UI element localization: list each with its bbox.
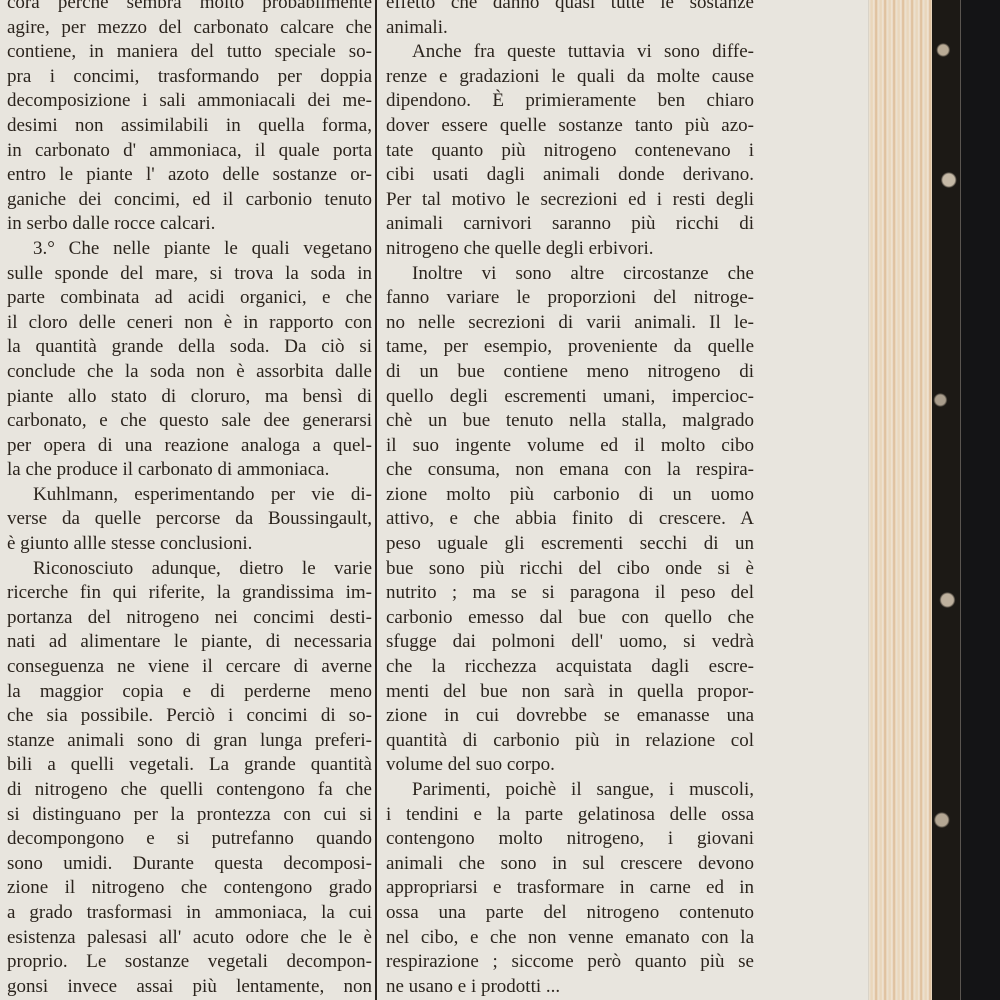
text-line: Anche fra queste tuttavia vi sono diffe- [386, 40, 754, 65]
text-column-left: cora perchè sembra molto probabilmenteag… [7, 0, 372, 999]
text-line: in carbonato d' ammoniaca, il quale port… [7, 139, 372, 164]
text-line: decompongono e si putrefanno quando [7, 827, 372, 852]
text-line: la che produce il carbonato di ammoniaca… [7, 458, 372, 483]
text-line: nutrito ; ma se si paragona il peso del [386, 581, 754, 606]
text-line: entro le piante l' azoto delle sostanze … [7, 163, 372, 188]
text-line: Per tal motivo le secrezioni ed i resti … [386, 188, 754, 213]
column-rule [375, 0, 377, 1000]
text-line: zione il nitrogeno che contengono grado [7, 876, 372, 901]
text-line: gonsi invece assai più lentamente, non [7, 975, 372, 1000]
text-column-right: effetto che danno quasi tutte le sostanz… [386, 0, 754, 999]
text-line: pra i concimi, trasformando per doppia [7, 65, 372, 90]
text-line: desimi non assimilabili in quella forma, [7, 114, 372, 139]
text-line: portanza del nitrogeno nei concimi desti… [7, 606, 372, 631]
text-line: dipendono. È primieramente ben chiaro [386, 89, 754, 114]
text-line: ricerche fin qui riferite, la grandissim… [7, 581, 372, 606]
text-line: cora perchè sembra molto probabilmente [7, 0, 372, 16]
text-line: renze e gradazioni le quali da molte cau… [386, 65, 754, 90]
page-edges [868, 0, 933, 1000]
text-line: nel cibo, e che non venne emanato con la [386, 926, 754, 951]
text-line: carbonato, e che questo sale dee generar… [7, 409, 372, 434]
text-line: fanno variare le proporzioni del nitroge… [386, 286, 754, 311]
text-line: contiene, in maniera del tutto speciale … [7, 40, 372, 65]
text-line: quantità di carbonio più in relazione co… [386, 729, 754, 754]
text-line: che la ricchezza acquistata dagli escre- [386, 655, 754, 680]
text-line: decomposizione i sali ammoniacali dei me… [7, 89, 372, 114]
text-line: zione molto più carbonio di un uomo [386, 483, 754, 508]
text-line: chè un bue tenuto nella stalla, malgrado [386, 409, 754, 434]
text-line: stanze animali sono di gran lunga prefer… [7, 729, 372, 754]
text-line: appropriarsi e trasformare in carne ed i… [386, 876, 754, 901]
book-page: cora perchè sembra molto probabilmenteag… [0, 0, 870, 1000]
text-line: Inoltre vi sono altre circostanze che [386, 262, 754, 287]
text-line: carbonio emesso dal bue con quello che [386, 606, 754, 631]
text-line: proprio. Le sostanze vegetali decompon- [7, 950, 372, 975]
text-line: è giunto allle stesse conclusioni. [7, 532, 372, 557]
text-line: bue sono più ricchi del cibo onde si è [386, 557, 754, 582]
text-line: no nelle secrezioni di varii animali. Il… [386, 311, 754, 336]
text-line: sfugge dai polmoni dell' uomo, si vedrà [386, 630, 754, 655]
text-line: animali carnivori saranno più ricchi di [386, 212, 754, 237]
text-line: animali che sono in sul crescere devono [386, 852, 754, 877]
text-line: che consuma, non emana con la respira- [386, 458, 754, 483]
text-line: piante allo stato di cloruro, ma bensì d… [7, 385, 372, 410]
text-line: la maggior copia e di perderne meno [7, 680, 372, 705]
text-line: quello degli escrementi umani, impercioc… [386, 385, 754, 410]
text-line: ne usano e i prodotti ... [386, 975, 754, 1000]
book-cover [960, 0, 1000, 1000]
text-line: parte combinata ad acidi organici, e che [7, 286, 372, 311]
text-line: volume del suo corpo. [386, 753, 754, 778]
text-line: il suo ingente volume ed il molto cibo [386, 434, 754, 459]
text-line: cibi usati dagli animali donde derivano. [386, 163, 754, 188]
text-line: peso uguale gli escrementi secchi di un [386, 532, 754, 557]
text-line: per opera di una reazione analoga a quel… [7, 434, 372, 459]
text-line: bili a quelli vegetali. La grande quanti… [7, 753, 372, 778]
text-line: la quantità grande della soda. Da ciò si [7, 335, 372, 360]
text-line: nitrogeno che quelle degli erbivori. [386, 237, 754, 262]
text-line: esistenza palesasi all' acuto odore che … [7, 926, 372, 951]
text-line: animali. [386, 16, 754, 41]
text-line: sono umidi. Durante questa decomposi- [7, 852, 372, 877]
text-line: conclude che la soda non è assorbita dal… [7, 360, 372, 385]
text-line: in serbo dalle rocce calcari. [7, 212, 372, 237]
text-line: conseguenza ne viene il cercare di avern… [7, 655, 372, 680]
text-line: tate quanto più nitrogeno contenevano i [386, 139, 754, 164]
text-line: effetto che danno quasi tutte le sostanz… [386, 0, 754, 16]
text-line: dover essere quelle sostanze tanto più a… [386, 114, 754, 139]
text-line: nati ad alimentare le piante, di necessa… [7, 630, 372, 655]
text-line: di nitrogeno che quelli contengono fa ch… [7, 778, 372, 803]
text-line: a grado trasformasi in ammoniaca, la cui [7, 901, 372, 926]
text-line: agire, per mezzo del carbonato calcare c… [7, 16, 372, 41]
text-line: zione in cui dovrebbe se emanasse una [386, 704, 754, 729]
text-line: verse da quelle percorse da Boussingault… [7, 507, 372, 532]
text-line: Parimenti, poichè il sangue, i muscoli, [386, 778, 754, 803]
text-line: di un bue contiene meno nitrogeno di [386, 360, 754, 385]
text-line: menti del bue non sarà in quella propor- [386, 680, 754, 705]
text-line: che sia possibile. Perciò i concimi di s… [7, 704, 372, 729]
text-line: respirazione ; siccome però quanto più s… [386, 950, 754, 975]
text-line: Kuhlmann, esperimentando per vie di- [7, 483, 372, 508]
marbled-endpaper [932, 0, 960, 1000]
text-line: ossa una parte del nitrogeno contenuto [386, 901, 754, 926]
text-line: tame, per esempio, proveniente da quelle [386, 335, 754, 360]
text-line: contengono molto nitrogeno, i giovani [386, 827, 754, 852]
text-line: 3.° Che nelle piante le quali vegetano [7, 237, 372, 262]
text-line: sulle sponde del mare, si trova la soda … [7, 262, 372, 287]
text-line: Riconosciuto adunque, dietro le varie [7, 557, 372, 582]
text-line: ganiche dei concimi, ed il carbonio tenu… [7, 188, 372, 213]
text-line: si distinguano per la prontezza con cui … [7, 803, 372, 828]
text-line: il cloro delle ceneri non è in rapporto … [7, 311, 372, 336]
text-line: i tendini e la parte gelatinosa delle os… [386, 803, 754, 828]
text-line: attivo, e che abbia finito di crescere. … [386, 507, 754, 532]
